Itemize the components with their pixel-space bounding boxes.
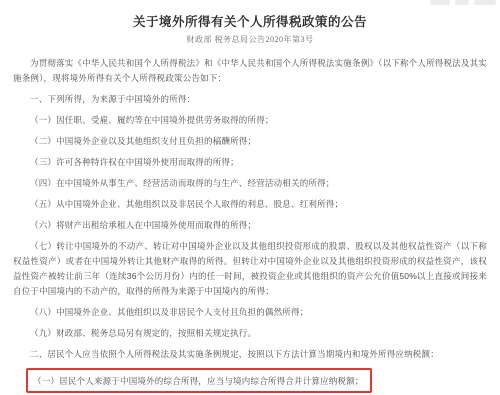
section-1-item-5: （五）从中国境外企业、其他组织以及非居民个人取得的利息、股息、红利所得； — [13, 197, 487, 212]
section-1-item-6: （六）将财产出租给承租人在中国境外使用而取得的所得； — [13, 218, 487, 233]
section-1-item-3: （三）许可各种特许权在中国境外使用而取得的所得； — [13, 155, 487, 170]
section-1-item-8: （八）中国境外企业、其他组织以及非居民个人支付且负担的偶然所得； — [13, 305, 487, 320]
section-1-item-1: （一）因任职、受雇、履约等在中国境外提供劳务取得的所得； — [13, 113, 487, 128]
corner-watermark — [430, 0, 496, 7]
highlight-box: （一）居民个人来源于中国境外的综合所得，应当与境内综合所得合并计算应纳税额； — [26, 368, 372, 393]
section-1-item-2: （二）中国境外企业以及其他组织支付且负担的稿酬所得； — [13, 134, 487, 149]
highlighted-clause: （一）居民个人来源于中国境外的综合所得，应当与境内综合所得合并计算应纳税额； — [33, 376, 364, 386]
announcement-page: 关于境外所得有关个人所得税政策的公告 财政部 税务总局公告2020年第3号 为贯… — [0, 0, 500, 395]
section-1-item-9: （九）财政部、税务总局另有规定的，按照相关规定执行。 — [13, 326, 487, 341]
intro-paragraph: 为贯彻落实《中华人民共和国个人所得税法》和《中华人民共和国个人所得税法实施条例》… — [13, 56, 487, 86]
page-title: 关于境外所得有关个人所得税政策的公告 — [13, 14, 487, 30]
section-1-item-4: （四）在中国境外从事生产、经营活动而取得的与生产、经营活动相关的所得； — [13, 176, 487, 191]
section-2-heading: 二、居民个人应当依照个人所得税法及其实施条例规定，按照以下方法计算当期境内和境外… — [13, 347, 487, 362]
section-1-item-7: （七）转让中国境外的不动产、转让对中国境外企业以及其他组织投资形成的股票、股权以… — [13, 239, 487, 299]
doc-subtitle: 财政部 税务总局公告2020年第3号 — [13, 34, 487, 46]
section-1-heading: 一、下列所得，为来源于中国境外的所得： — [13, 92, 487, 107]
